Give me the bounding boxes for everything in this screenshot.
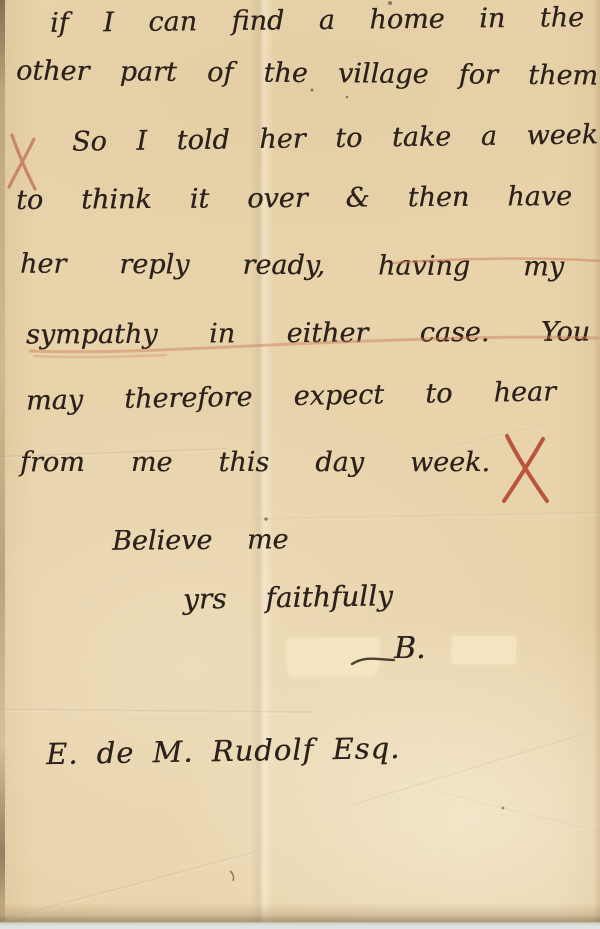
letter-line: to think it over & then have	[16, 180, 572, 218]
letter-line: if I can find a home in the	[50, 1, 584, 41]
signature-redaction-patch	[452, 636, 516, 664]
addressee-line: E. de M. Rudolf Esq.	[46, 731, 401, 771]
red-cross-margin	[9, 135, 35, 189]
red-cross-end	[504, 436, 547, 501]
paper-right-edge	[593, 0, 600, 929]
letter-line: her reply ready, having my	[20, 248, 564, 285]
signature-redaction-patch	[289, 664, 375, 676]
closing-believe-me: Believe me	[112, 523, 289, 559]
paper-left-edge	[0, 0, 5, 929]
horizontal-crease	[255, 512, 600, 521]
letter-line: other part of the village for them	[16, 54, 598, 93]
handwritten-letter-scan: if I can find a home in the other part o…	[0, 0, 600, 929]
signature-initial: B.	[394, 632, 426, 666]
letter-line: So I told her to take a week	[72, 118, 598, 159]
closing-yrs-faithfully: yrs faithfully	[183, 579, 393, 617]
letter-line: from me this day week.	[20, 446, 490, 480]
paper-bottom-edge	[0, 903, 600, 929]
letter-line: may therefore expect to hear	[26, 375, 557, 418]
diagonal-crease	[432, 790, 600, 838]
letter-line: sympathy in either case. You	[26, 316, 590, 353]
